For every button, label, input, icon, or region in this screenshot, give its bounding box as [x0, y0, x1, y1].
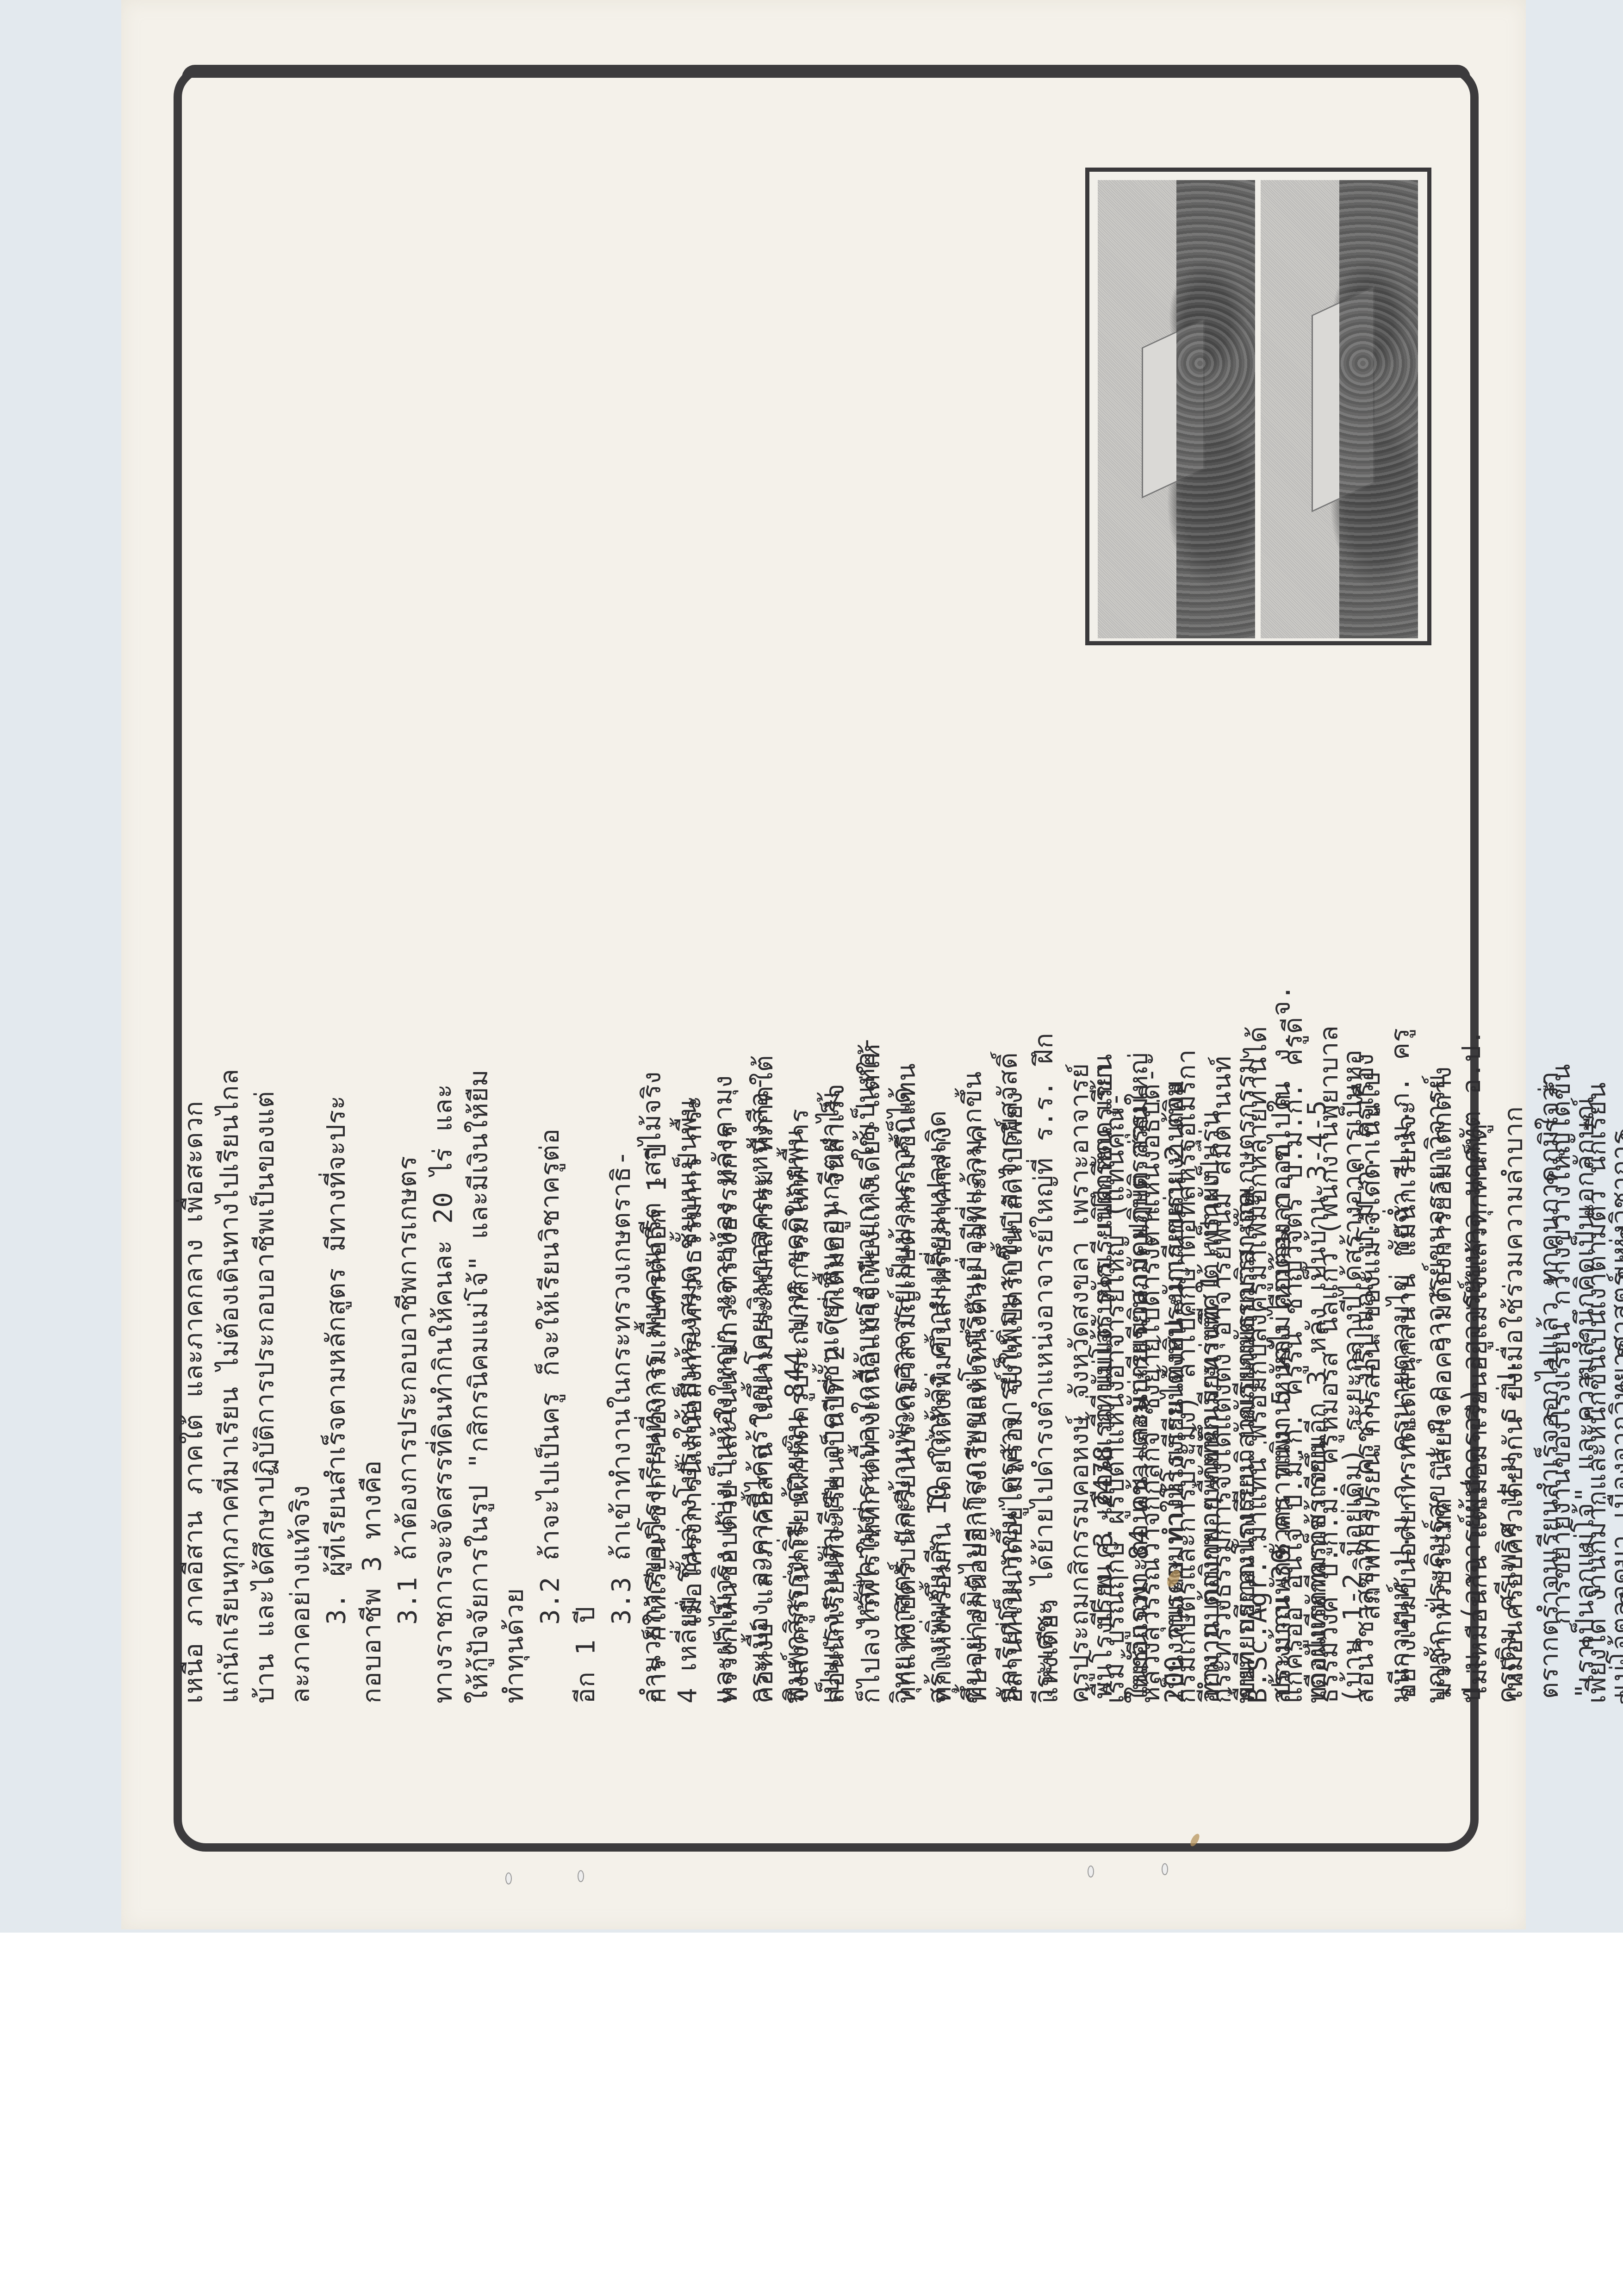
staple-hole — [578, 1870, 584, 1882]
text-line: สภาพการเรียน การสอน ของแม่โจ้ได้ดำเนินไป — [1353, 648, 1389, 1699]
text-line: อีก 1 ปี — [568, 167, 603, 1703]
text-line: อย่างเข้มข้นอดยกทรหดแต่สนุกสนาน แม้นักเร… — [1389, 648, 1424, 1699]
text-line: 3.1 ถ้าต้องการประกอบอาชีพการเกษตร — [390, 167, 425, 1703]
text-line: เหนือ ภาคอีสาน ภาคใต้ และภาคกลาง เพื่อสะ… — [176, 167, 211, 1703]
text-line: 3.2 ถ้าจะไปเป็นครู ก็จะให้เรียนวิชาครูต่… — [532, 167, 568, 1703]
photo-school-building-1 — [1098, 180, 1255, 638]
text-line: แก่นักเรียนทุกภาคที่มาเรียน ไม่ต้องเดินท… — [211, 167, 247, 1703]
text-line: ทางราชการจะจัดสรรที่ดินทำกินให้คนละ 20 ไ… — [425, 167, 461, 1703]
text-line: พื้นโรงเรียน 3 เดือนแรก นับแต่ ร.ร. เปิด… — [1085, 648, 1121, 1699]
text-line: ขยายบริเวณโรงเรียน นักเรียนมัธยมวิสามัญเ… — [1228, 648, 1263, 1699]
staple-hole — [1088, 1865, 1094, 1878]
text-line: เดือนแรกที่มาเข้าเรียน — [1299, 648, 1335, 1699]
text-line: ตรากตรำจนเรียนสำเร็จออกไปแล้ว ทุกคนภาคภู… — [1531, 648, 1567, 1699]
text-column-left: เหนือ ภาคอีสาน ภาคใต้ และภาคกลาง เพื่อสะ… — [176, 167, 560, 1703]
text-line: สร้างเพิ่มขึ้นอีก 10 กว่าหลัง ความเปลี่ย… — [919, 167, 955, 1703]
text-line: 4 เหลี่ยม ชั้นล่างโปร่งใช้เป็นห้องสมุด ช… — [670, 167, 705, 1703]
text-line: พิมพ์กสิกรรุ่งเริ่ม ด้วยเงิน 844 บาท ขุด… — [777, 167, 812, 1703]
text-column-middle: อำนวยการของโรงเรียนที่ถาวร พื้นคอนกรีต เ… — [634, 167, 1014, 1703]
text-column-right-content: พื้นโรงเรียน 3 เดือนแรก นับแต่ ร.ร. เปิด… — [1085, 648, 1623, 1699]
text-line: กระเบื้อง อาคารนี้ได้สร้างขึ้นโดยเงินของ… — [741, 167, 777, 1703]
text-line: ทำงานบุกเบิกพอๆ กับนักเรียนรุ่นที่ 1 เพร… — [1192, 648, 1228, 1699]
text-line: มาจากทั่วประเทศ นิสัยใจคอความต้องการย่อม… — [1424, 648, 1460, 1699]
staple-hole — [505, 1872, 512, 1884]
text-line: ขึ้นอย่างมิดไปจากสภาพของโรงเรียนเมื่อปีท… — [955, 167, 990, 1703]
text-line: หลังคามุงกระเบื้องใกล้กับหออำนวยการ ใช้เ… — [848, 167, 883, 1703]
text-line: เป็นงานระดมทำให้โรงเรียนทั้งสิ้น นักเรีย… — [1157, 648, 1192, 1699]
text-line: วีระเดชะ ได้ย้ายไปดำรงตำแหน่งอาจารย์ใหญ่… — [1026, 167, 1062, 1703]
text-line: นักเรียนก็มากขึ้น ครูอาจารย์ก็เพิ่มมากขึ… — [990, 167, 1026, 1703]
text-line: 3. ผู้ที่เรียนสำเร็จตามหลักสูตร มีทางที่… — [318, 167, 354, 1703]
text-line: กอบอาชีพ 3 ทางคือ — [354, 167, 390, 1703]
staple-hole — [1162, 1863, 1168, 1875]
text-line: และฝาไม้จริง แบ่งเป็นห้องใหญ่ๆ หลายห้อง … — [705, 167, 741, 1703]
text-column-right: พื้นโรงเรียน 3 เดือนแรก นับแต่ ร.ร. เปิด… — [1085, 648, 1437, 1699]
trees — [1176, 180, 1255, 638]
text-line: ในชั้นเฉพาะตอนเช้า ตอนบ่ายเรียนภาคปฏิบัต… — [1121, 648, 1157, 1699]
photo-school-building-2 — [1261, 180, 1418, 638]
text-line: ทำทุนด้วย — [497, 167, 532, 1703]
photo-box — [1085, 168, 1431, 645]
text-line: อำนวยการของโรงเรียนที่ถาวร พื้นคอนกรีต เ… — [634, 167, 670, 1703]
text-line: เหมือนครอบครัวเดียวกัน ยิ่งเมื่อใช้ร่วมค… — [1496, 648, 1531, 1699]
text-line: เป็นแรงงานนักเรียน อาคารชั้นเดียวพื้นคอน… — [812, 167, 848, 1703]
text-line: ให้กู้ปัจจัยการในรูป "กสิกรนิคมแม่โจ้" แ… — [461, 167, 497, 1703]
text-line: ไม่เหมือนกัน แต่เมื่อมาเรียนอยู่แม่โจ้แล… — [1460, 648, 1496, 1699]
text-line: "เราเป็นลูกแม่โจ้" และความสำนึกคิดเป็นเอ… — [1567, 648, 1603, 1699]
text-line: ละภาคอย่างแท้จริง — [283, 167, 318, 1703]
text-line: ประมาณ 30 คน ทนงานหนักไม่ไหวต้องลาออกไปใ… — [1263, 648, 1299, 1699]
text-line: บ้าน และได้ศึกษาปฏิบัติการประกอบอาชีพเป็… — [247, 167, 283, 1703]
text-line: แม่โจ้ตลอดมา เนื่องจากวิทยาศาสตร์แห่งวิช… — [1603, 648, 1623, 1699]
text-line: วิทยาศาสตร์ และบ้านพักครูอาจารย์เป็นบ้าน… — [883, 167, 919, 1703]
trees — [1339, 180, 1418, 638]
